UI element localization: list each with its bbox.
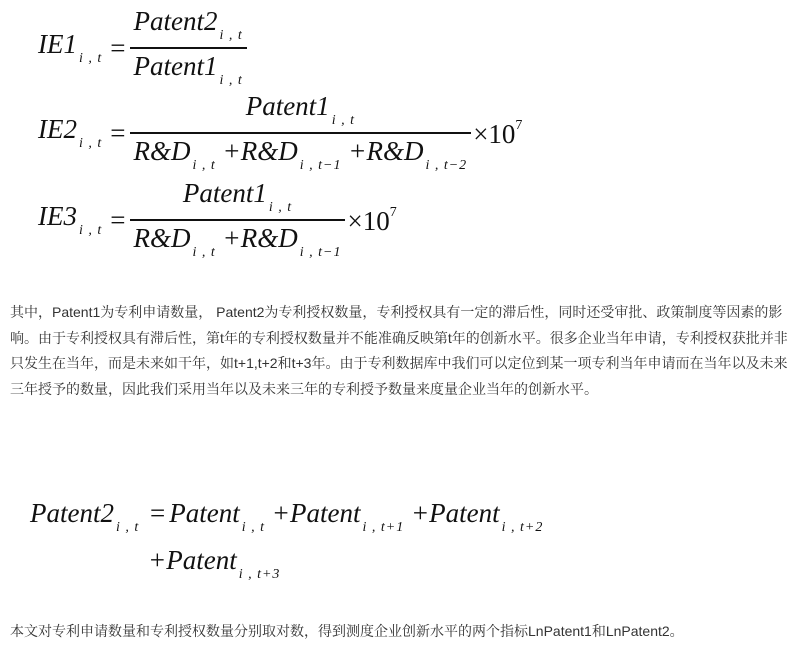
formula-ie3: IE3i , t = Patent1i , t R&Di , t +R&Di ,…	[38, 180, 397, 260]
ie2-fraction: Patent1i , t R&Di , t +R&Di , t−1 +R&Di …	[130, 93, 472, 173]
formula-patent2: Patent2i , t =Patenti , t +Patenti , t+1…	[30, 500, 543, 582]
formula-ie1: IE1i , t = Patent2i , t Patent1i , t	[38, 8, 247, 88]
formula-ie2: IE2i , t = Patent1i , t R&Di , t +R&Di ,…	[38, 93, 522, 173]
paragraph-log-indicators: 本文对专利申请数量和专利授权数量分别取对数，得到测度企业创新水平的两个指标LnP…	[10, 619, 790, 645]
equals-sign: =	[110, 120, 125, 147]
paragraph-definition: 其中，Patent1为专利申请数量， Patent2为专利授权数量，专利授权具有…	[10, 300, 790, 402]
ie1-fraction: Patent2i , t Patent1i , t	[130, 8, 247, 88]
ie1-lhs: IE1i , t	[38, 31, 102, 66]
ie3-lhs: IE3i , t	[38, 203, 102, 238]
patent2-line1: Patent2i , t =Patenti , t +Patenti , t+1…	[30, 500, 543, 535]
equals-sign: =	[110, 35, 125, 62]
ie3-fraction: Patent1i , t R&Di , t +R&Di , t−1	[130, 180, 346, 260]
ie2-multiplier: ×107	[473, 119, 522, 148]
ie2-lhs: IE2i , t	[38, 116, 102, 151]
equals-sign: =	[110, 207, 125, 234]
patent2-line2: +Patenti , t+3	[148, 547, 543, 582]
ie3-multiplier: ×107	[347, 206, 396, 235]
